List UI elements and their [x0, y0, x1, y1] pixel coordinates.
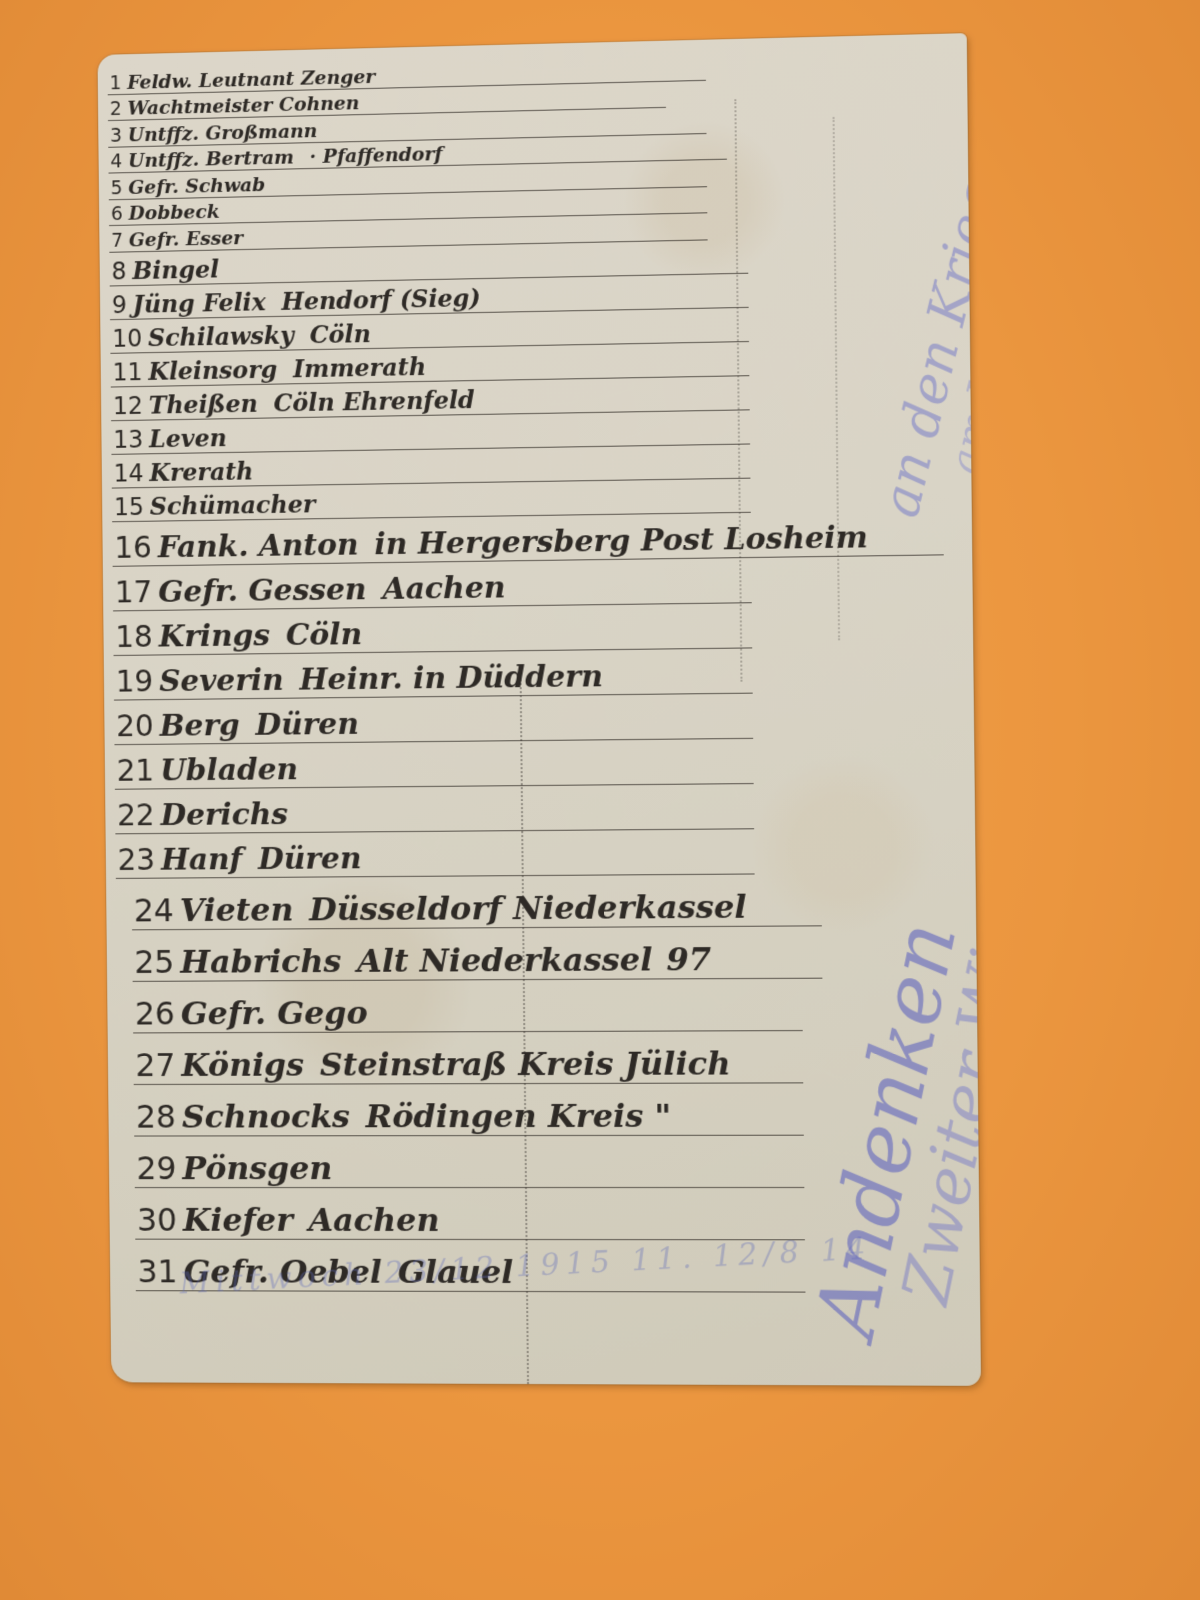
- entry-place: Hendorf (Sieg): [281, 283, 481, 316]
- entry-place: Düren: [258, 841, 362, 877]
- entry-number: 3: [110, 124, 122, 146]
- entry-number: 6: [111, 203, 123, 225]
- entry-place: Düsseldorf Niederkassel: [309, 887, 747, 928]
- entry-name: Bingel: [132, 254, 219, 285]
- entry-name: Derichs: [160, 797, 288, 833]
- entry-extra-number: 97: [666, 940, 711, 978]
- roster-entry: 24VietenDüsseldorf Niederkassel: [132, 874, 822, 930]
- entry-name: Untffz. Bertram: [128, 147, 294, 173]
- entry-place: Rödingen Kreis ": [366, 1096, 672, 1135]
- entry-name: Krings: [159, 618, 271, 654]
- entry-number: 10: [112, 324, 142, 352]
- entry-name: Jüng Felix: [133, 287, 266, 318]
- entry-place: Heinr. in Düddern: [299, 659, 603, 697]
- entry-number: 22: [117, 798, 155, 833]
- entry-name: Vieten: [180, 890, 294, 928]
- entry-number: 27: [135, 1046, 175, 1084]
- entry-number: 28: [136, 1097, 176, 1135]
- entry-number: 30: [137, 1200, 177, 1238]
- entry-number: 24: [134, 891, 174, 929]
- entry-name: Gefr. Esser: [129, 227, 243, 251]
- entry-number: 17: [115, 575, 153, 610]
- entry-name: Kiefer: [183, 1200, 293, 1238]
- roster-entry: 27KönigsSteinstraß Kreis Jülich: [133, 1031, 803, 1085]
- entry-number: 7: [111, 229, 123, 251]
- roster-entry: 21Ubladen: [114, 738, 753, 789]
- entry-place: Cöln: [310, 319, 371, 349]
- entry-number: 16: [114, 530, 152, 565]
- entry-number: 12: [113, 391, 143, 419]
- entry-place: Cöln Ehrenfeld: [273, 385, 474, 417]
- entry-number: 4: [110, 150, 122, 172]
- roster-entry: 20BergDüren: [114, 693, 753, 745]
- roster-entry: 25HabrichsAlt Niederkassel97: [132, 926, 822, 982]
- roster-entry: 19SeverinHeinr. in Düddern: [114, 648, 753, 700]
- entry-place: · Pfaffendorf: [310, 143, 443, 168]
- entry-place: Aachen: [308, 1200, 439, 1238]
- entry-place: Aachen: [382, 570, 505, 607]
- entry-number: 21: [117, 753, 155, 788]
- entry-number: 26: [135, 994, 175, 1032]
- entry-name: Schilawsky: [148, 320, 294, 352]
- entry-number: 9: [112, 291, 127, 319]
- entry-name: Hanf: [161, 842, 243, 877]
- roster-entry: 26Gefr. Gego: [133, 978, 803, 1033]
- entry-name: Schnocks: [182, 1097, 350, 1135]
- roster-entry: 23HanfDüren: [115, 829, 754, 879]
- entry-place: Cöln: [286, 617, 363, 653]
- entry-number: 31: [137, 1252, 177, 1290]
- entry-name: Gefr. Gego: [181, 993, 368, 1032]
- entry-number: 11: [112, 358, 142, 386]
- entry-name: Fank. Anton: [158, 527, 359, 565]
- postcard: 1Feldw. Leutnant Zenger2Wachtmeister Coh…: [97, 33, 981, 1386]
- entry-name: Schümacher: [150, 489, 316, 520]
- roster-entry: 18KringsCöln: [113, 603, 752, 656]
- entry-place: Immerath: [293, 351, 426, 382]
- entry-place: Düren: [255, 706, 359, 742]
- roster-entry: 17Gefr. GessenAachen: [113, 558, 752, 611]
- entry-name: Königs: [181, 1045, 304, 1083]
- entry-name: Habrichs: [180, 942, 341, 981]
- entry-name: Berg: [159, 708, 239, 744]
- entry-number: 8: [111, 257, 126, 285]
- roster-entry: 28SchnocksRödingen Kreis ": [134, 1083, 804, 1136]
- entry-name: Theißen: [149, 388, 258, 419]
- entry-number: 20: [116, 709, 154, 744]
- entry-name: Pönsgen: [182, 1149, 332, 1187]
- entry-number: 14: [113, 459, 143, 487]
- entry-name: Gefr. Gessen: [158, 572, 367, 610]
- entry-name: Dobbeck: [129, 201, 220, 225]
- entry-name: Gefr. Schwab: [128, 174, 265, 199]
- entry-number: 5: [111, 177, 123, 199]
- entry-number: 25: [134, 943, 174, 981]
- entry-number: 19: [116, 664, 154, 699]
- entry-name: Untffz. Großmann: [128, 120, 318, 146]
- entry-name: Krerath: [149, 456, 253, 486]
- entry-place: in Hergersberg Post Losheim: [374, 520, 868, 562]
- roster-entry: 22Derichs: [115, 784, 754, 834]
- entry-number: 29: [136, 1149, 176, 1187]
- entry-name: Kleinsorg: [148, 354, 277, 385]
- entry-name: Leven: [149, 423, 227, 453]
- entry-name: Ubladen: [160, 752, 298, 788]
- entry-place: Alt Niederkassel: [357, 940, 653, 979]
- entry-number: 2: [110, 98, 122, 120]
- roster-entry: 30KieferAachen: [135, 1187, 805, 1239]
- entry-number: 13: [113, 425, 143, 453]
- entry-name: Severin: [159, 662, 284, 698]
- entry-number: 1: [109, 72, 121, 94]
- entry-number: 23: [117, 842, 155, 877]
- entry-place: Steinstraß Kreis Jülich: [320, 1044, 731, 1083]
- roster-entry: 29Pönsgen: [134, 1135, 804, 1187]
- entry-number: 15: [114, 493, 144, 521]
- entry-number: 18: [115, 619, 153, 654]
